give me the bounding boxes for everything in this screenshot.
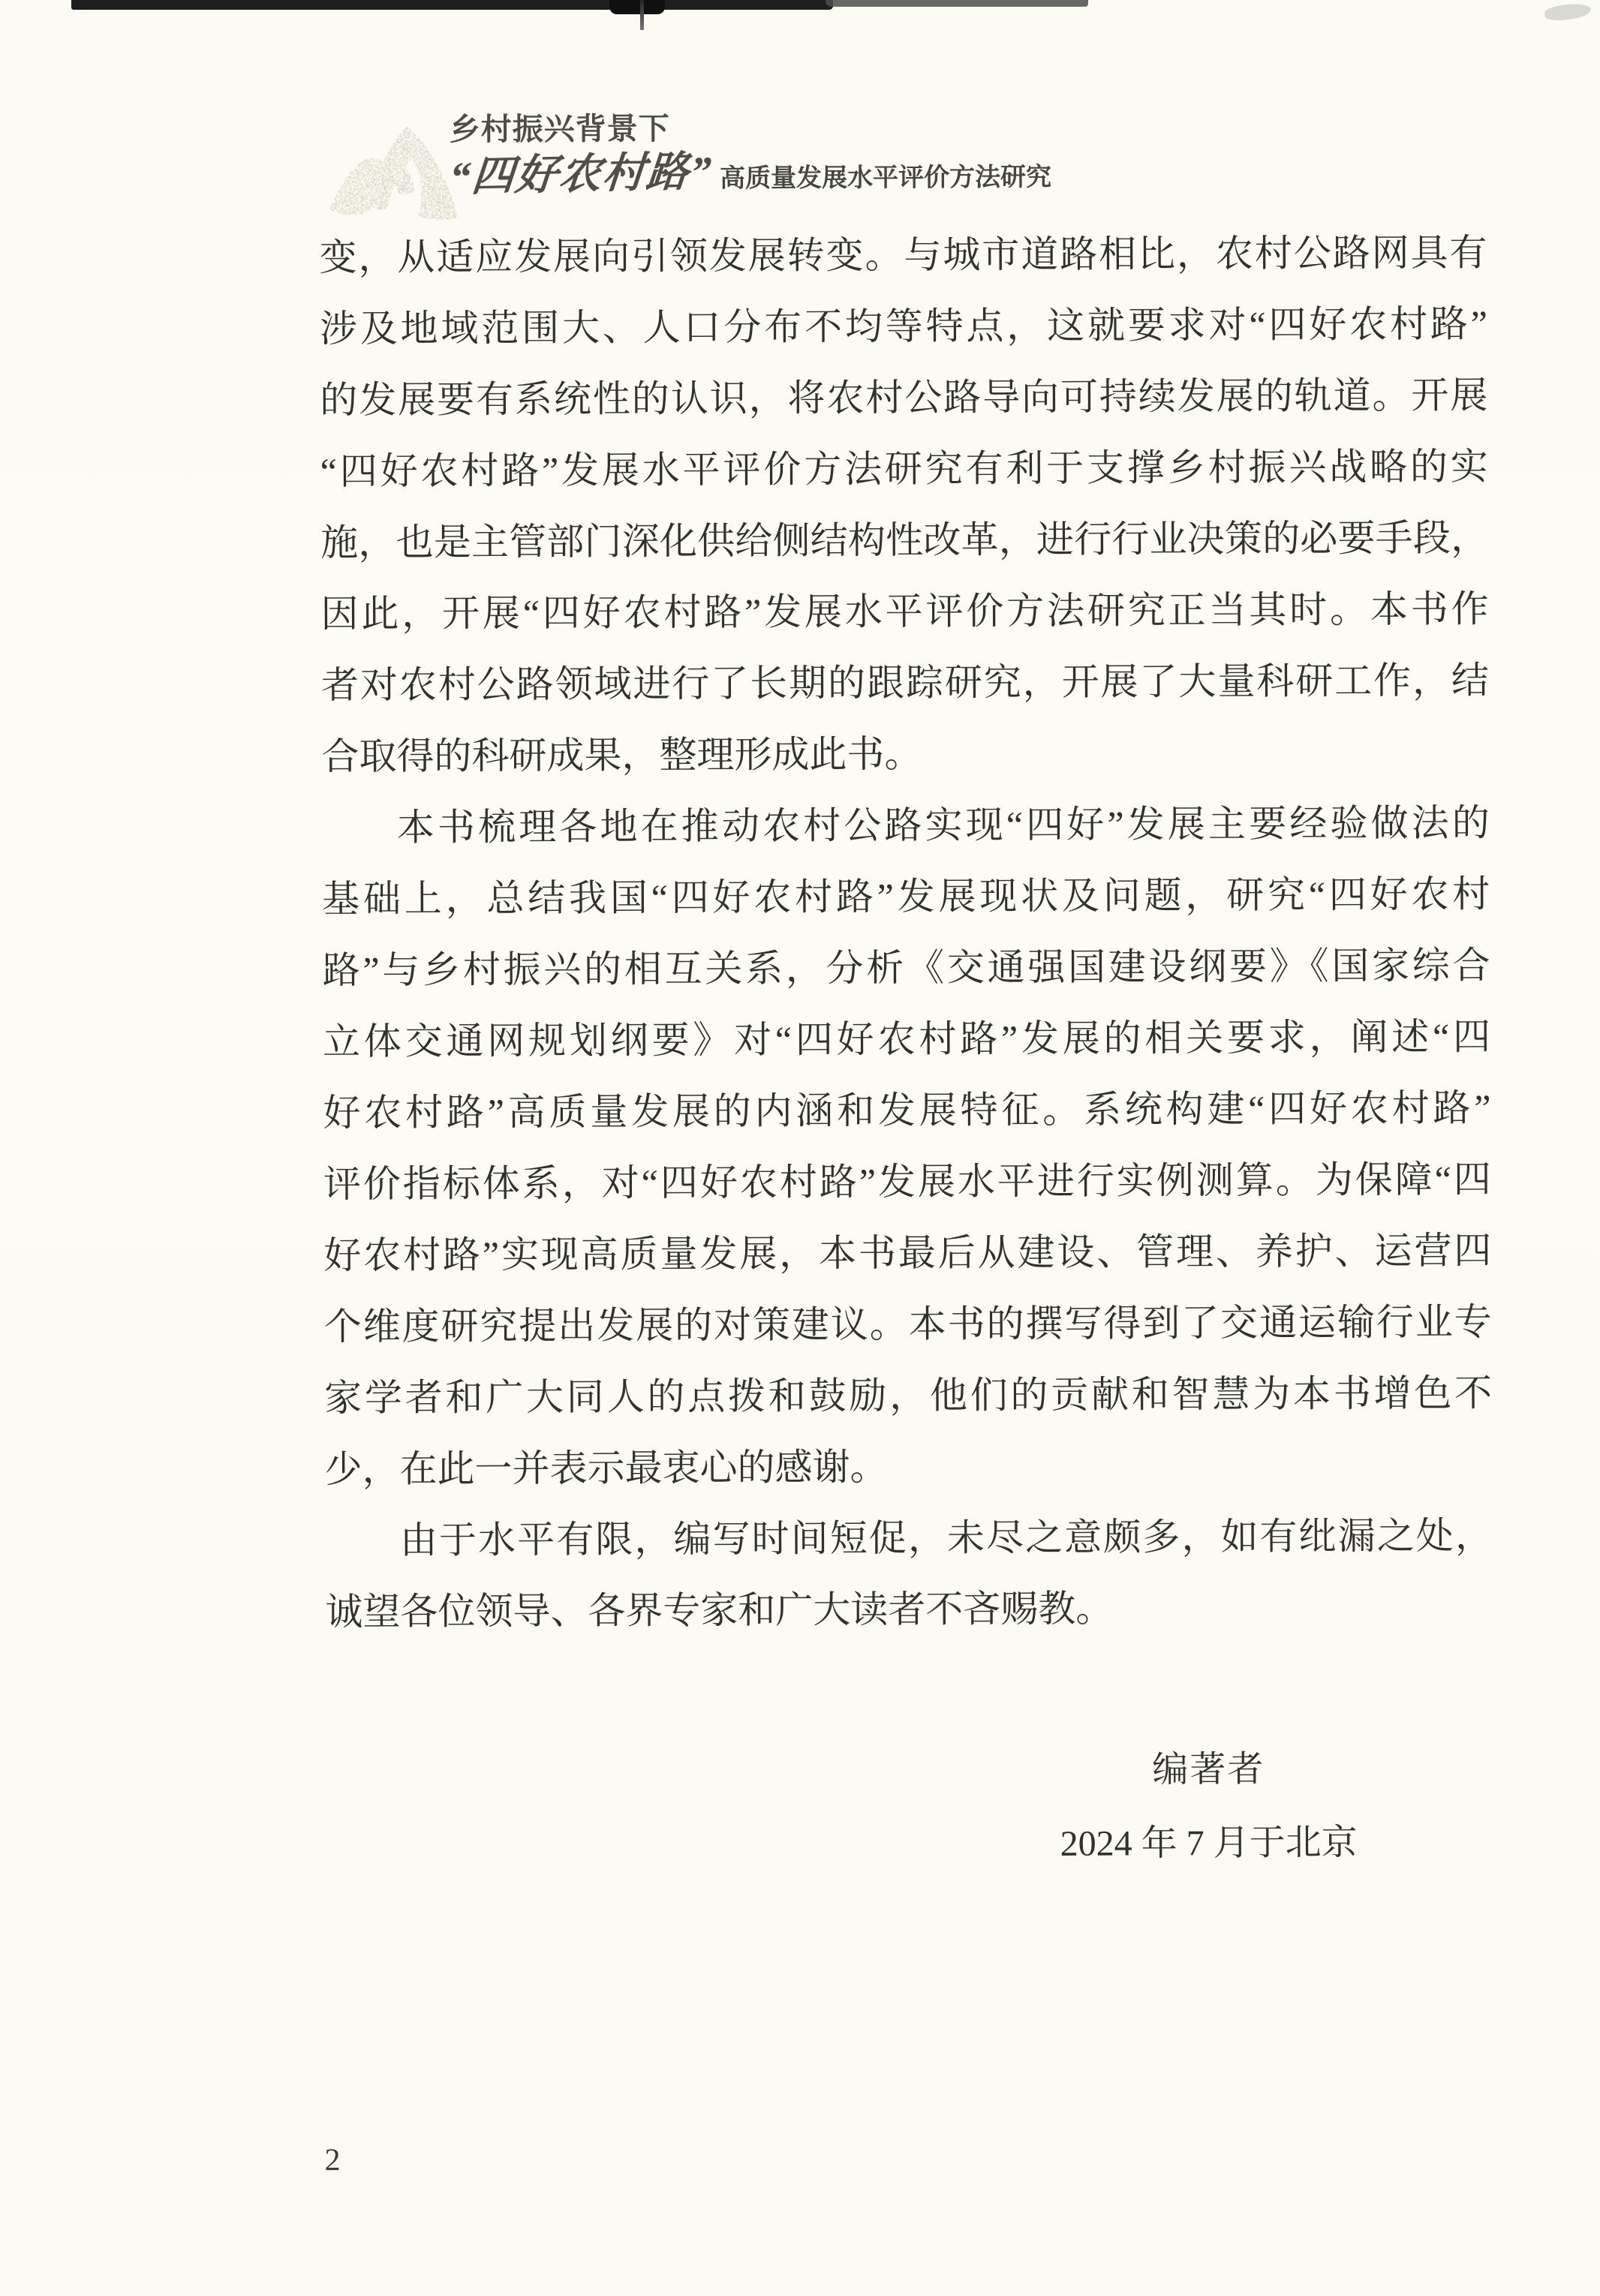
- text-line: 因此，开展“四好农村路”发展水平评价方法研究正当其时。本书作: [320, 573, 1488, 650]
- book-title-calligraphic: “四好农村路”: [447, 151, 714, 199]
- text-line: 好农村路”实现高质量发展，本书最后从建设、管理、养护、运营四: [323, 1215, 1491, 1291]
- text-line: 诚望各位领导、各界专家和广大读者不吝赐教。: [325, 1571, 1493, 1648]
- text-line: 评价指标体系，对“四好农村路”发展水平进行实例测算。为保障“四: [323, 1143, 1491, 1220]
- page-header: 乡村振兴背景下 “四好农村路” 高质量发展水平评价方法研究: [323, 107, 324, 235]
- page-content: 乡村振兴背景下 “四好农村路” 高质量发展水平评价方法研究 变，从适应发展向引领…: [0, 0, 1600, 2296]
- text-line: 基础上，总结我国“四好农村路”发展现状及问题，研究“四好农村: [322, 858, 1490, 935]
- text-line: 合取得的科研成果，整理形成此书。: [321, 716, 1489, 792]
- preface-body: 变，从适应发展向引领发展转变。与城市道路相比，农村公路网具有 涉及地域范围大、人…: [319, 217, 1493, 1648]
- signature-author: 编著者: [1043, 1751, 1373, 1789]
- text-line: 施，也是主管部门深化供给侧结构性改革，进行行业决策的必要手段，: [320, 502, 1488, 579]
- text-line: 本书梳理各地在推动农村公路实现“四好”发展主要经验做法的: [322, 787, 1490, 864]
- text-line: 立体交通网规划纲要》对“四好农村路”发展的相关要求，阐述“四: [323, 1001, 1490, 1077]
- text-line: 个维度研究提出发展的对策建议。本书的撰写得到了交通运输行业专: [324, 1286, 1492, 1363]
- text-line: 家学者和广大同人的点拨和鼓励，他们的贡献和智慧为本书增色不: [324, 1357, 1492, 1434]
- text-line: 者对农村公路领域进行了长期的跟踪研究，开展了大量科研工作，结: [321, 645, 1489, 721]
- book-theme-title: 乡村振兴背景下: [450, 111, 1275, 146]
- paragraph-3: 由于水平有限，编写时间短促，未尽之意颇多，如有纰漏之处， 诚望各位领导、各界专家…: [325, 1500, 1493, 1648]
- text-line: 路”与乡村振兴的相互关系，分析《交通强国建设纲要》《国家综合: [322, 930, 1490, 1006]
- page-number: 2: [324, 2142, 340, 2178]
- scanned-book-page: 乡村振兴背景下 “四好农村路” 高质量发展水平评价方法研究 变，从适应发展向引领…: [0, 0, 1600, 2296]
- text-line: 涉及地域范围大、人口分布不均等特点，这就要求对“四好农村路”: [320, 288, 1487, 365]
- text-line: 由于水平有限，编写时间短促，未尽之意颇多，如有纰漏之处，: [325, 1500, 1493, 1576]
- text-line: “四好农村路”发展水平评价方法研究有利于支撑乡村振兴战略的实: [320, 431, 1488, 507]
- signature-date: 2024 年 7 月于北京: [1044, 1825, 1374, 1862]
- text-line: 好农村路”高质量发展的内涵和发展特征。系统构建“四好农村路”: [323, 1072, 1490, 1149]
- text-line: 变，从适应发展向引领发展转变。与城市道路相比，农村公路网具有: [319, 217, 1487, 293]
- text-line: 的发展要有系统性的认识，将农村公路导向可持续发展的轨道。开展: [320, 359, 1487, 436]
- book-main-title: “四好农村路” 高质量发展水平评价方法研究: [450, 151, 1275, 197]
- text-line: 少，在此一并表示最衷心的感谢。: [324, 1429, 1492, 1505]
- signature-block: 编著者 2024 年 7 月于北京: [1043, 1751, 1374, 1862]
- paragraph-2: 本书梳理各地在推动农村公路实现“四好”发展主要经验做法的 基础上，总结我国“四好…: [322, 787, 1493, 1505]
- header-titles: 乡村振兴背景下 “四好农村路” 高质量发展水平评价方法研究: [450, 104, 1276, 197]
- paragraph-1: 变，从适应发展向引领发展转变。与城市道路相比，农村公路网具有 涉及地域范围大、人…: [319, 217, 1489, 792]
- book-title-subtitle: 高质量发展水平评价方法研究: [720, 165, 1051, 195]
